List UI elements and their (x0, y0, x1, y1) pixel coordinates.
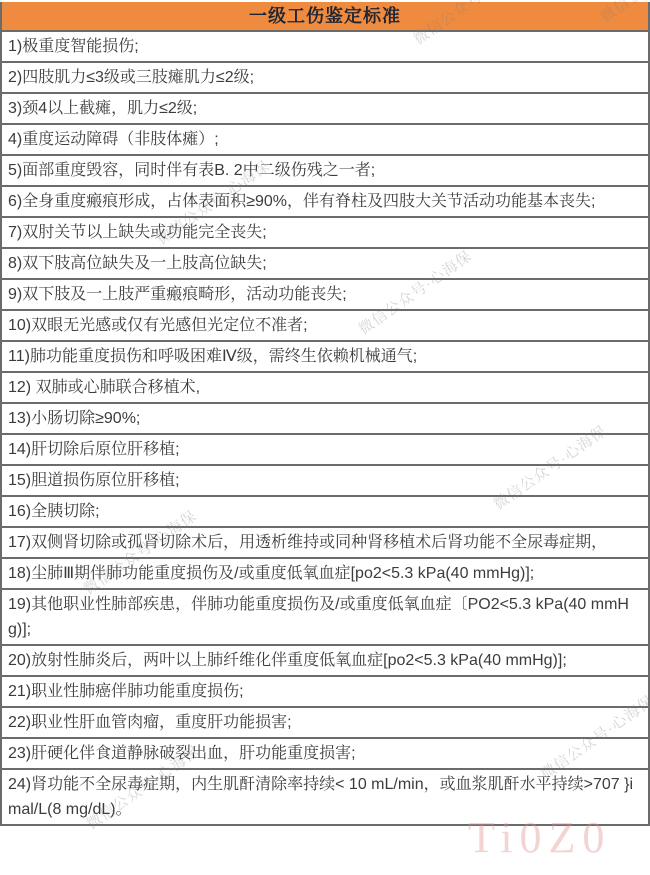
table-row: 20)放射性肺炎后，两叶以上肺纤维化伴重度低氧血症[po2<5.3 kPa(40… (2, 646, 648, 677)
table-row: 10)双眼无光感或仅有光感但光定位不准者; (2, 311, 648, 342)
table-header: 一级工伤鉴定标准 (2, 2, 648, 32)
table-row: 21)职业性肺癌伴肺功能重度损伤; (2, 677, 648, 708)
table-row: 3)颈4以上截瘫，肌力≤2级; (2, 94, 648, 125)
table-row: 19)其他职业性肺部疾患，伴肺功能重度损伤及/或重度低氧血症〔PO2<5.3 k… (2, 590, 648, 646)
table-row: 18)尘肺Ⅲ期伴肺功能重度损伤及/或重度低氧血症[po2<5.3 kPa(40 … (2, 559, 648, 590)
table-row: 13)小肠切除≥90%; (2, 404, 648, 435)
document-page: 一级工伤鉴定标准 1)极重度智能损伤; 2)四肢肌力≤3级或三肢瘫肌力≤2级; … (0, 0, 650, 875)
table-row: 5)面部重度毁容，同时伴有表B. 2中二级伤残之一者; (2, 156, 648, 187)
table-row: 23)肝硬化伴食道静脉破裂出血，肝功能重度损害; (2, 739, 648, 770)
standards-table: 一级工伤鉴定标准 1)极重度智能损伤; 2)四肢肌力≤3级或三肢瘫肌力≤2级; … (0, 2, 650, 826)
page-title: 一级工伤鉴定标准 (249, 6, 401, 26)
table-row: 6)全身重度瘢痕形成，占体表面积≥90%，伴有脊柱及四肢大关节活动功能基本丧失; (2, 187, 648, 218)
table-row: 17)双侧肾切除或孤肾切除术后，用透析维持或同种肾移植术后肾功能不全尿毒症期， (2, 528, 648, 559)
table-row: 7)双肘关节以上缺失或功能完全丧失; (2, 218, 648, 249)
table-row: 15)胆道损伤原位肝移植; (2, 466, 648, 497)
table-row: 12) 双肺或心肺联合移植术, (2, 373, 648, 404)
table-row: 4)重度运动障碍（非肢体瘫）; (2, 125, 648, 156)
table-row: 9)双下肢及一上肢严重瘢痕畸形，活动功能丧失; (2, 280, 648, 311)
table-row: 2)四肢肌力≤3级或三肢瘫肌力≤2级; (2, 63, 648, 94)
table-row: 11)肺功能重度损伤和呼吸困难Ⅳ级，需终生依赖机械通气; (2, 342, 648, 373)
table-row: 22)职业性肝血管肉瘤，重度肝功能损害; (2, 708, 648, 739)
table-row: 14)肝切除后原位肝移植; (2, 435, 648, 466)
table-row: 8)双下肢高位缺失及一上肢高位缺失; (2, 249, 648, 280)
table-row: 24)肾功能不全尿毒症期，内生肌酐清除率持续< 10 mL/min，或血浆肌酐水… (2, 770, 648, 824)
table-row: 16)全胰切除; (2, 497, 648, 528)
table-row: 1)极重度智能损伤; (2, 32, 648, 63)
